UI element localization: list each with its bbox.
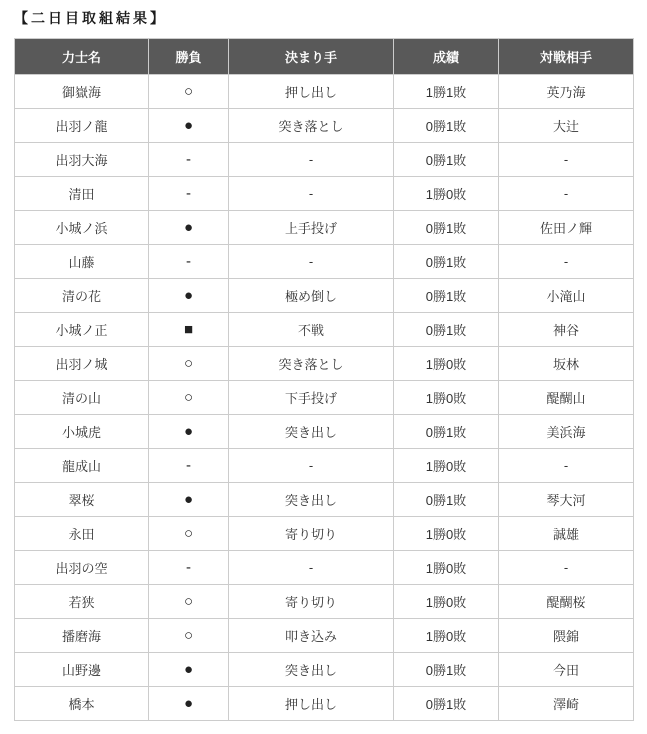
results-table: 力士名勝負決まり手成績対戦相手 御嶽海○押し出し1勝1敗英乃海出羽ノ龍●突き落と… xyxy=(14,38,634,721)
cell-kimarite: - xyxy=(229,143,394,177)
cell-kimarite: 押し出し xyxy=(229,75,394,109)
cell-opponent: 隈錦 xyxy=(499,619,634,653)
cell-rikishi: 清の山 xyxy=(15,381,149,415)
cell-opponent: - xyxy=(499,143,634,177)
cell-kimarite: - xyxy=(229,449,394,483)
cell-opponent: 醍醐桜 xyxy=(499,585,634,619)
cell-result: ● xyxy=(149,109,229,143)
cell-opponent: 大辻 xyxy=(499,109,634,143)
cell-kimarite: 寄り切り xyxy=(229,517,394,551)
cell-result: ● xyxy=(149,211,229,245)
table-row: 小城虎●突き出し0勝1敗美浜海 xyxy=(15,415,634,449)
cell-result: - xyxy=(149,551,229,585)
column-header-opponent: 対戦相手 xyxy=(499,39,634,75)
table-row: 清田--1勝0敗- xyxy=(15,177,634,211)
page-title: 【二日目取組結果】 xyxy=(14,9,633,27)
cell-kimarite: - xyxy=(229,245,394,279)
table-row: 龍成山--1勝0敗- xyxy=(15,449,634,483)
cell-kimarite: 突き落とし xyxy=(229,347,394,381)
cell-kimarite: 突き出し xyxy=(229,653,394,687)
cell-rikishi: 橋本 xyxy=(15,687,149,721)
table-row: 出羽大海--0勝1敗- xyxy=(15,143,634,177)
cell-rikishi: 出羽ノ龍 xyxy=(15,109,149,143)
cell-record: 0勝1敗 xyxy=(394,279,499,313)
column-header-kimarite: 決まり手 xyxy=(229,39,394,75)
cell-kimarite: 上手投げ xyxy=(229,211,394,245)
cell-result: - xyxy=(149,449,229,483)
table-row: 小城ノ浜●上手投げ0勝1敗佐田ノ輝 xyxy=(15,211,634,245)
cell-result: ■ xyxy=(149,313,229,347)
cell-opponent: - xyxy=(499,177,634,211)
cell-rikishi: 翠桜 xyxy=(15,483,149,517)
cell-record: 1勝0敗 xyxy=(394,517,499,551)
table-row: 翠桜●突き出し0勝1敗琴大河 xyxy=(15,483,634,517)
cell-record: 0勝1敗 xyxy=(394,483,499,517)
results-table-head: 力士名勝負決まり手成績対戦相手 xyxy=(15,39,634,75)
cell-record: 0勝1敗 xyxy=(394,687,499,721)
cell-rikishi: 山野邊 xyxy=(15,653,149,687)
cell-rikishi: 播磨海 xyxy=(15,619,149,653)
cell-record: 1勝1敗 xyxy=(394,75,499,109)
cell-result: ○ xyxy=(149,517,229,551)
cell-kimarite: 叩き込み xyxy=(229,619,394,653)
cell-result: - xyxy=(149,245,229,279)
cell-result: - xyxy=(149,177,229,211)
page: 【二日目取組結果】 力士名勝負決まり手成績対戦相手 御嶽海○押し出し1勝1敗英乃… xyxy=(0,0,647,734)
cell-kimarite: 突き出し xyxy=(229,483,394,517)
column-header-result: 勝負 xyxy=(149,39,229,75)
cell-record: 0勝1敗 xyxy=(394,415,499,449)
cell-rikishi: 小城虎 xyxy=(15,415,149,449)
table-row: 御嶽海○押し出し1勝1敗英乃海 xyxy=(15,75,634,109)
cell-record: 1勝0敗 xyxy=(394,177,499,211)
cell-opponent: 澤崎 xyxy=(499,687,634,721)
cell-rikishi: 出羽の空 xyxy=(15,551,149,585)
cell-opponent: 誠雄 xyxy=(499,517,634,551)
cell-opponent: 醍醐山 xyxy=(499,381,634,415)
cell-kimarite: 押し出し xyxy=(229,687,394,721)
cell-kimarite: 寄り切り xyxy=(229,585,394,619)
table-row: 出羽の空--1勝0敗- xyxy=(15,551,634,585)
table-row: 播磨海○叩き込み1勝0敗隈錦 xyxy=(15,619,634,653)
table-row: 出羽ノ城○突き落とし1勝0敗坂林 xyxy=(15,347,634,381)
cell-rikishi: 山藤 xyxy=(15,245,149,279)
table-row: 出羽ノ龍●突き落とし0勝1敗大辻 xyxy=(15,109,634,143)
cell-result: ○ xyxy=(149,619,229,653)
cell-rikishi: 永田 xyxy=(15,517,149,551)
cell-opponent: 佐田ノ輝 xyxy=(499,211,634,245)
cell-opponent: - xyxy=(499,449,634,483)
cell-result: - xyxy=(149,143,229,177)
cell-rikishi: 龍成山 xyxy=(15,449,149,483)
cell-result: ● xyxy=(149,279,229,313)
cell-kimarite: - xyxy=(229,177,394,211)
cell-result: ○ xyxy=(149,347,229,381)
cell-record: 0勝1敗 xyxy=(394,143,499,177)
cell-rikishi: 小城ノ正 xyxy=(15,313,149,347)
cell-record: 0勝1敗 xyxy=(394,245,499,279)
cell-rikishi: 出羽大海 xyxy=(15,143,149,177)
column-header-rikishi: 力士名 xyxy=(15,39,149,75)
cell-rikishi: 清の花 xyxy=(15,279,149,313)
cell-result: ○ xyxy=(149,381,229,415)
cell-opponent: 英乃海 xyxy=(499,75,634,109)
cell-record: 0勝1敗 xyxy=(394,313,499,347)
cell-record: 1勝0敗 xyxy=(394,449,499,483)
cell-kimarite: 不戦 xyxy=(229,313,394,347)
cell-rikishi: 若狭 xyxy=(15,585,149,619)
cell-result: ● xyxy=(149,653,229,687)
cell-record: 1勝0敗 xyxy=(394,619,499,653)
column-header-record: 成績 xyxy=(394,39,499,75)
table-row: 清の花●極め倒し0勝1敗小滝山 xyxy=(15,279,634,313)
cell-opponent: 今田 xyxy=(499,653,634,687)
cell-kimarite: - xyxy=(229,551,394,585)
cell-opponent: 小滝山 xyxy=(499,279,634,313)
table-row: 小城ノ正■不戦0勝1敗神谷 xyxy=(15,313,634,347)
table-row: 山藤--0勝1敗- xyxy=(15,245,634,279)
cell-result: ○ xyxy=(149,585,229,619)
cell-rikishi: 出羽ノ城 xyxy=(15,347,149,381)
cell-record: 0勝1敗 xyxy=(394,211,499,245)
table-row: 永田○寄り切り1勝0敗誠雄 xyxy=(15,517,634,551)
cell-opponent: - xyxy=(499,245,634,279)
table-row: 橋本●押し出し0勝1敗澤崎 xyxy=(15,687,634,721)
cell-opponent: 琴大河 xyxy=(499,483,634,517)
cell-record: 1勝0敗 xyxy=(394,551,499,585)
cell-rikishi: 御嶽海 xyxy=(15,75,149,109)
cell-result: ○ xyxy=(149,75,229,109)
table-row: 山野邊●突き出し0勝1敗今田 xyxy=(15,653,634,687)
cell-record: 0勝1敗 xyxy=(394,109,499,143)
cell-opponent: - xyxy=(499,551,634,585)
header-row: 力士名勝負決まり手成績対戦相手 xyxy=(15,39,634,75)
cell-opponent: 美浜海 xyxy=(499,415,634,449)
cell-opponent: 神谷 xyxy=(499,313,634,347)
cell-result: ● xyxy=(149,483,229,517)
cell-opponent: 坂林 xyxy=(499,347,634,381)
cell-kimarite: 下手投げ xyxy=(229,381,394,415)
cell-kimarite: 突き出し xyxy=(229,415,394,449)
results-table-body: 御嶽海○押し出し1勝1敗英乃海出羽ノ龍●突き落とし0勝1敗大辻出羽大海--0勝1… xyxy=(15,75,634,721)
cell-record: 1勝0敗 xyxy=(394,381,499,415)
cell-kimarite: 極め倒し xyxy=(229,279,394,313)
cell-kimarite: 突き落とし xyxy=(229,109,394,143)
cell-record: 0勝1敗 xyxy=(394,653,499,687)
table-row: 若狭○寄り切り1勝0敗醍醐桜 xyxy=(15,585,634,619)
table-row: 清の山○下手投げ1勝0敗醍醐山 xyxy=(15,381,634,415)
cell-rikishi: 清田 xyxy=(15,177,149,211)
cell-result: ● xyxy=(149,687,229,721)
cell-rikishi: 小城ノ浜 xyxy=(15,211,149,245)
cell-result: ● xyxy=(149,415,229,449)
cell-record: 1勝0敗 xyxy=(394,585,499,619)
cell-record: 1勝0敗 xyxy=(394,347,499,381)
